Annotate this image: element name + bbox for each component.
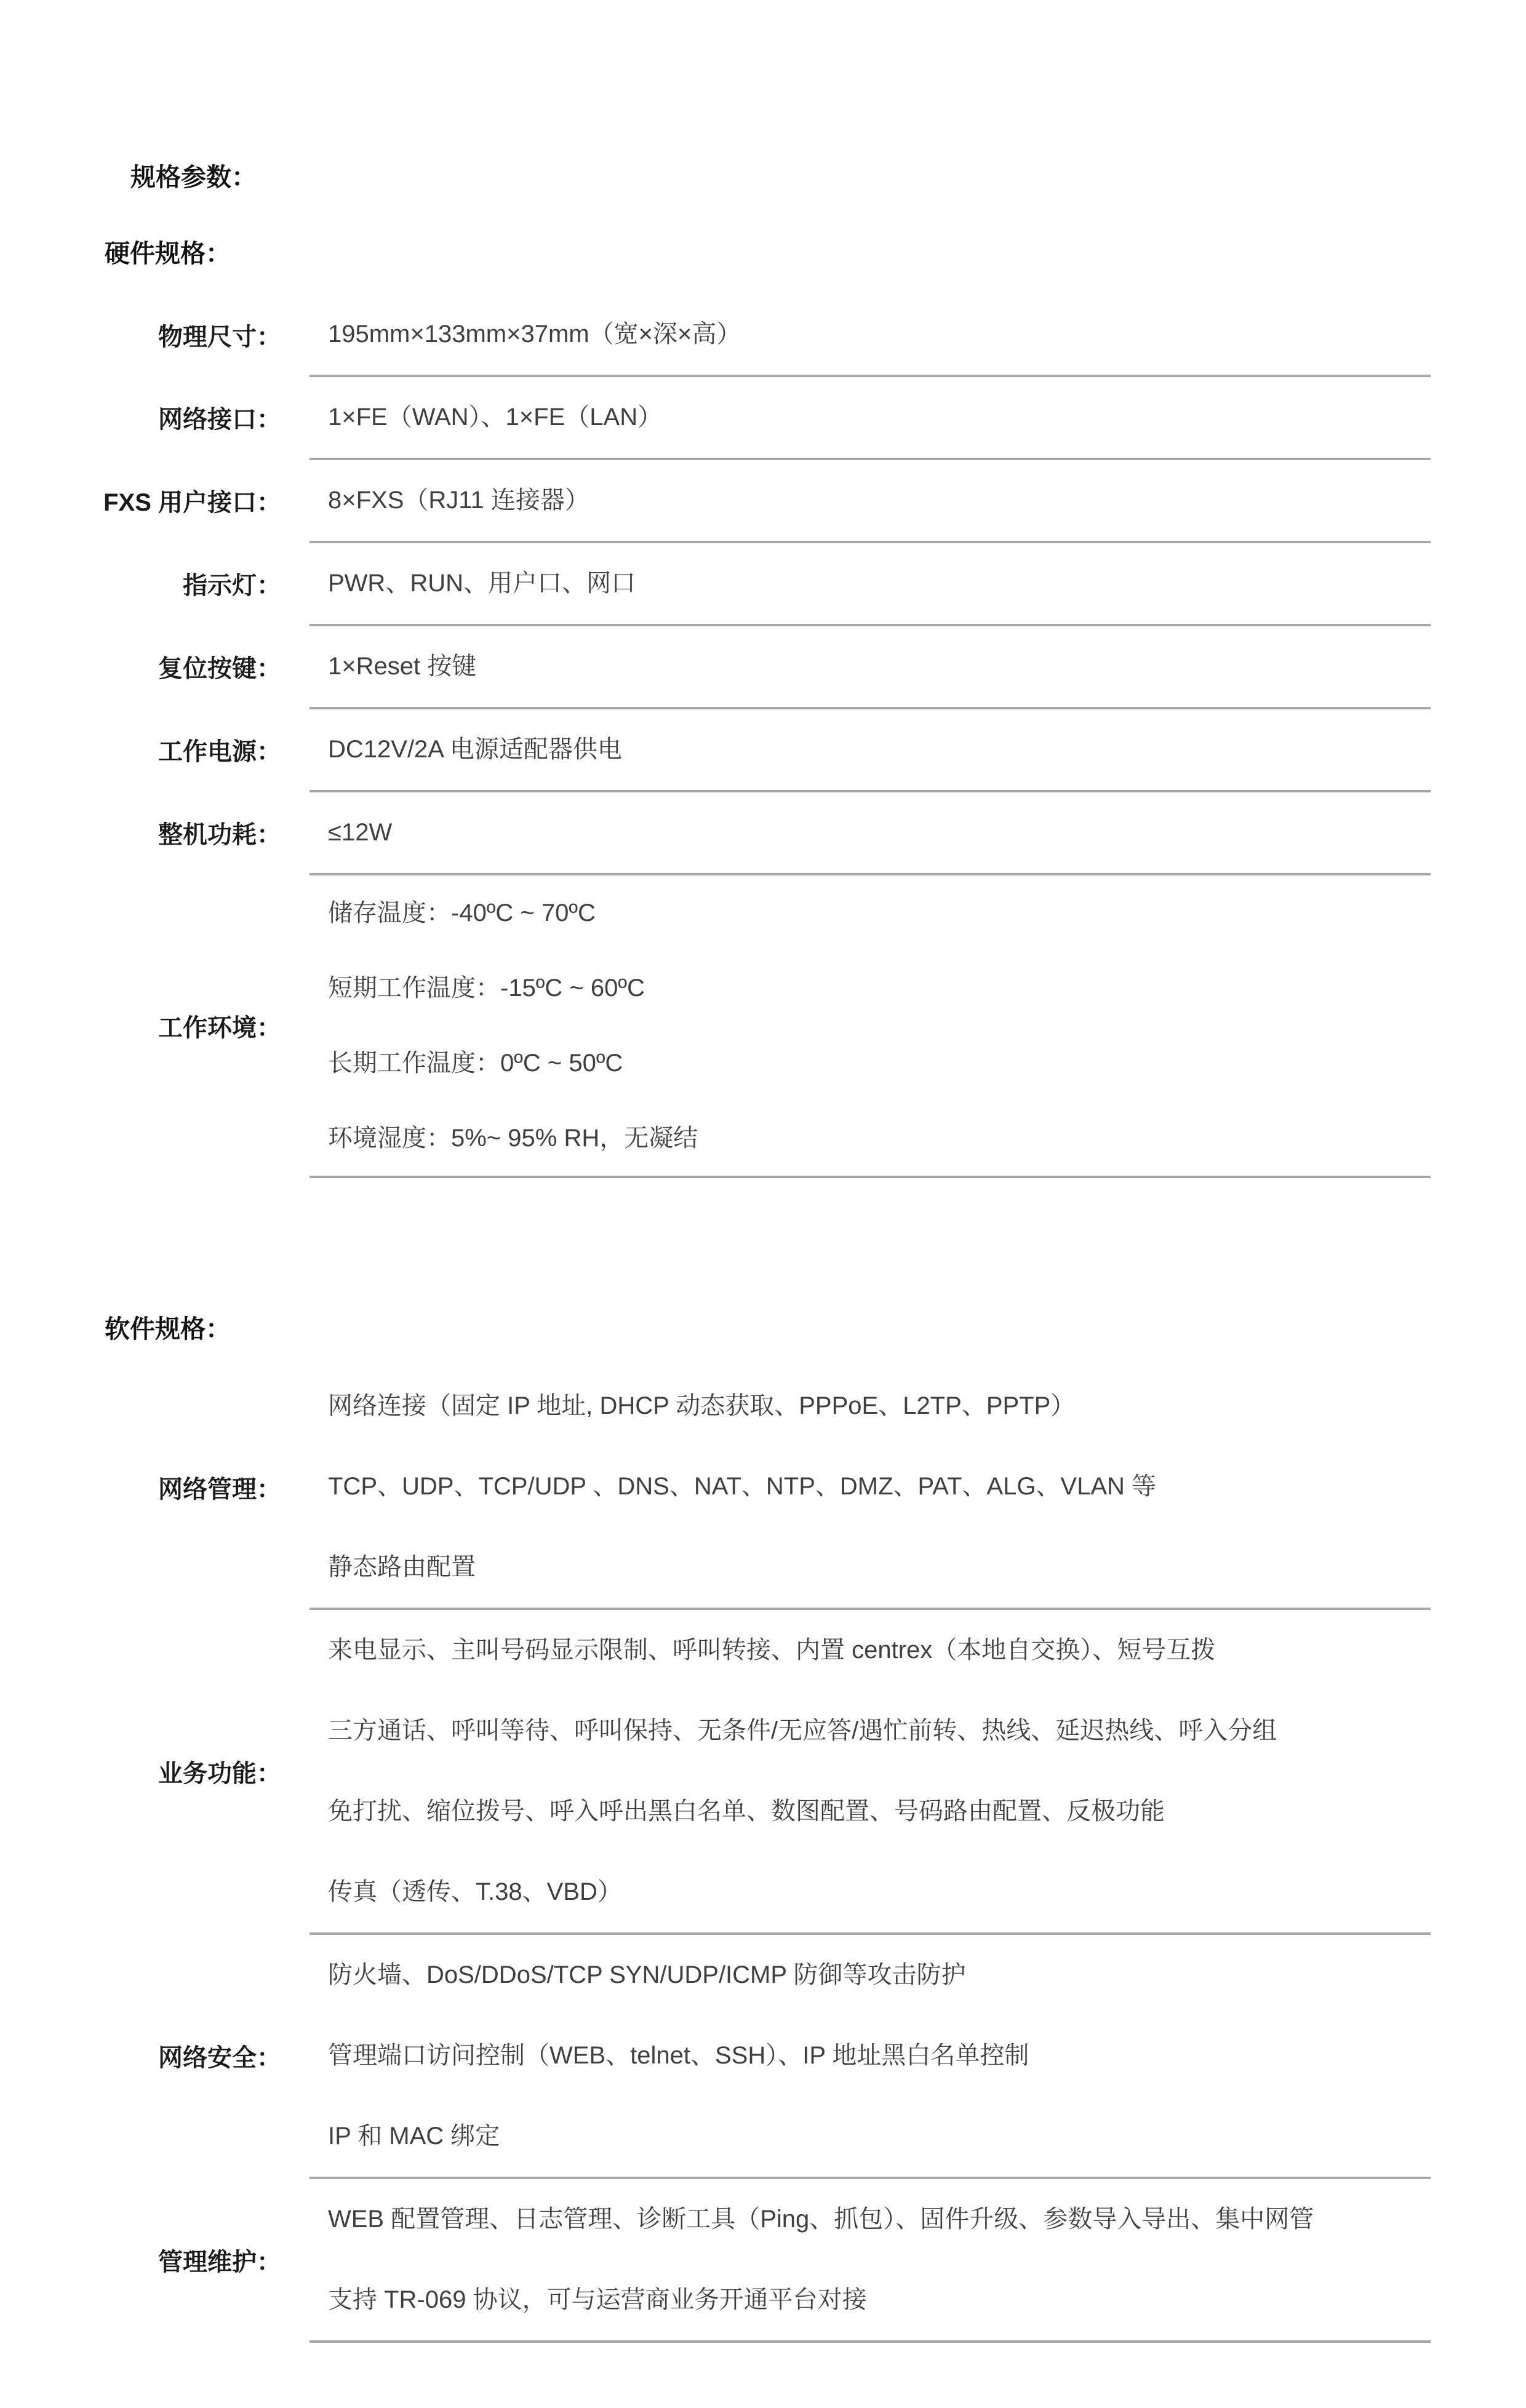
spec-value-line: WEB 配置管理、日志管理、诊断工具（Ping、抓包）、固件升级、参数导入导出、… [328, 2179, 1424, 2260]
spec-label: 指示灯： [0, 542, 310, 625]
spec-label: 整机功耗： [0, 791, 310, 874]
spec-value-line: 免打扰、缩位拨号、呼入呼出黑白名单、数图配置、号码路由配置、反极功能 [328, 1771, 1424, 1852]
spec-label: 工作环境： [0, 874, 310, 1177]
spec-value: 195mm×133mm×37mm（宽×深×高） [310, 294, 1431, 376]
spec-value-line: 来电显示、主叫号码显示限制、呼叫转接、内置 centrex（本地自交换）、短号互… [328, 1610, 1424, 1691]
spec-label: 网络接口： [0, 376, 310, 459]
table-row: 工作环境： 储存温度：-40ºC ~ 70ºC 短期工作温度：-15ºC ~ 6… [0, 874, 1431, 1177]
spec-value-line: ≤12W [328, 792, 1424, 873]
spec-value-line: 支持 TR-069 协议，可与运营商业务开通平台对接 [328, 2260, 1424, 2340]
software-section-heading: 软件规格： [105, 1310, 1526, 1347]
spec-value-line: 长期工作温度：0ºC ~ 50ºC [328, 1026, 1424, 1101]
spec-label: 工作电源： [0, 708, 310, 791]
spec-value-line: 管理端口访问控制（WEB、telnet、SSH）、IP 地址黑白名单控制 [328, 2015, 1424, 2096]
spec-value-line: 储存温度：-40ºC ~ 70ºC [328, 875, 1424, 951]
table-row: 网络安全： 防火墙、DoS/DDoS/TCP SYN/UDP/ICMP 防御等攻… [0, 1934, 1431, 2178]
spec-label: 管理维护： [0, 2178, 310, 2342]
spec-value-line: 传真（透传、T.38、VBD） [328, 1852, 1424, 1932]
hardware-spec-table: 物理尺寸： 195mm×133mm×37mm（宽×深×高） 网络接口： 1×FE… [0, 294, 1431, 1178]
spec-value-line: 环境湿度：5%~ 95% RH，无凝结 [328, 1101, 1424, 1176]
spec-value: PWR、RUN、用户口、网口 [310, 542, 1431, 625]
spec-value-line: 三方通话、呼叫等待、呼叫保持、无条件/无应答/遇忙前转、热线、延迟热线、呼入分组 [328, 1691, 1424, 1771]
spec-value-line: TCP、UDP、TCP/UDP 、DNS、NAT、NTP、DMZ、PAT、ALG… [328, 1446, 1424, 1527]
spec-value-line: 网络连接（固定 IP 地址, DHCP 动态获取、PPPoE、L2TP、PPTP… [328, 1366, 1424, 1446]
table-row: 管理维护： WEB 配置管理、日志管理、诊断工具（Ping、抓包）、固件升级、参… [0, 2178, 1431, 2342]
spec-value-line: 8×FXS（RJ11 连接器） [328, 460, 1424, 541]
spec-value: 网络连接（固定 IP 地址, DHCP 动态获取、PPPoE、L2TP、PPTP… [310, 1366, 1431, 1609]
spec-value: 防火墙、DoS/DDoS/TCP SYN/UDP/ICMP 防御等攻击防护 管理… [310, 1934, 1431, 2178]
spec-label: 网络管理： [0, 1366, 310, 1609]
table-row: 物理尺寸： 195mm×133mm×37mm（宽×深×高） [0, 294, 1431, 376]
spec-value-line: 1×FE（WAN）、1×FE（LAN） [328, 377, 1424, 458]
spec-value-line: DC12V/2A 电源适配器供电 [328, 709, 1424, 790]
spec-value-line: 静态路由配置 [328, 1527, 1424, 1608]
spec-label: 物理尺寸： [0, 294, 310, 376]
table-row: 指示灯： PWR、RUN、用户口、网口 [0, 542, 1431, 625]
spec-value-line: 195mm×133mm×37mm（宽×深×高） [328, 294, 1424, 375]
table-row: FXS 用户接口： 8×FXS（RJ11 连接器） [0, 459, 1431, 542]
spec-value: 1×FE（WAN）、1×FE（LAN） [310, 376, 1431, 459]
spec-label: FXS 用户接口： [0, 459, 310, 542]
spec-label: 网络安全： [0, 1934, 310, 2178]
spec-value-line: 短期工作温度：-15ºC ~ 60ºC [328, 951, 1424, 1026]
table-row: 复位按键： 1×Reset 按键 [0, 625, 1431, 708]
spec-label: 复位按键： [0, 625, 310, 708]
hardware-section-heading: 硬件规格： [105, 235, 1526, 272]
software-spec-table: 网络管理： 网络连接（固定 IP 地址, DHCP 动态获取、PPPoE、L2T… [0, 1366, 1431, 2343]
table-row: 网络管理： 网络连接（固定 IP 地址, DHCP 动态获取、PPPoE、L2T… [0, 1366, 1431, 1609]
table-row: 整机功耗： ≤12W [0, 791, 1431, 874]
page-title: 规格参数： [130, 159, 1526, 196]
spec-value: 来电显示、主叫号码显示限制、呼叫转接、内置 centrex（本地自交换）、短号互… [310, 1609, 1431, 1934]
spec-value: 储存温度：-40ºC ~ 70ºC 短期工作温度：-15ºC ~ 60ºC 长期… [310, 874, 1431, 1177]
spec-value: 8×FXS（RJ11 连接器） [310, 459, 1431, 542]
spec-label: 业务功能： [0, 1609, 310, 1934]
spec-value: ≤12W [310, 791, 1431, 874]
spec-value-line: 防火墙、DoS/DDoS/TCP SYN/UDP/ICMP 防御等攻击防护 [328, 1935, 1424, 2015]
spec-value-line: IP 和 MAC 绑定 [328, 2096, 1424, 2177]
spec-value: WEB 配置管理、日志管理、诊断工具（Ping、抓包）、固件升级、参数导入导出、… [310, 2178, 1431, 2342]
table-row: 业务功能： 来电显示、主叫号码显示限制、呼叫转接、内置 centrex（本地自交… [0, 1609, 1431, 1934]
table-row: 网络接口： 1×FE（WAN）、1×FE（LAN） [0, 376, 1431, 459]
table-row: 工作电源： DC12V/2A 电源适配器供电 [0, 708, 1431, 791]
spec-value: 1×Reset 按键 [310, 625, 1431, 708]
spec-value: DC12V/2A 电源适配器供电 [310, 708, 1431, 791]
spec-value-line: 1×Reset 按键 [328, 626, 1424, 707]
spec-value-line: PWR、RUN、用户口、网口 [328, 543, 1424, 624]
